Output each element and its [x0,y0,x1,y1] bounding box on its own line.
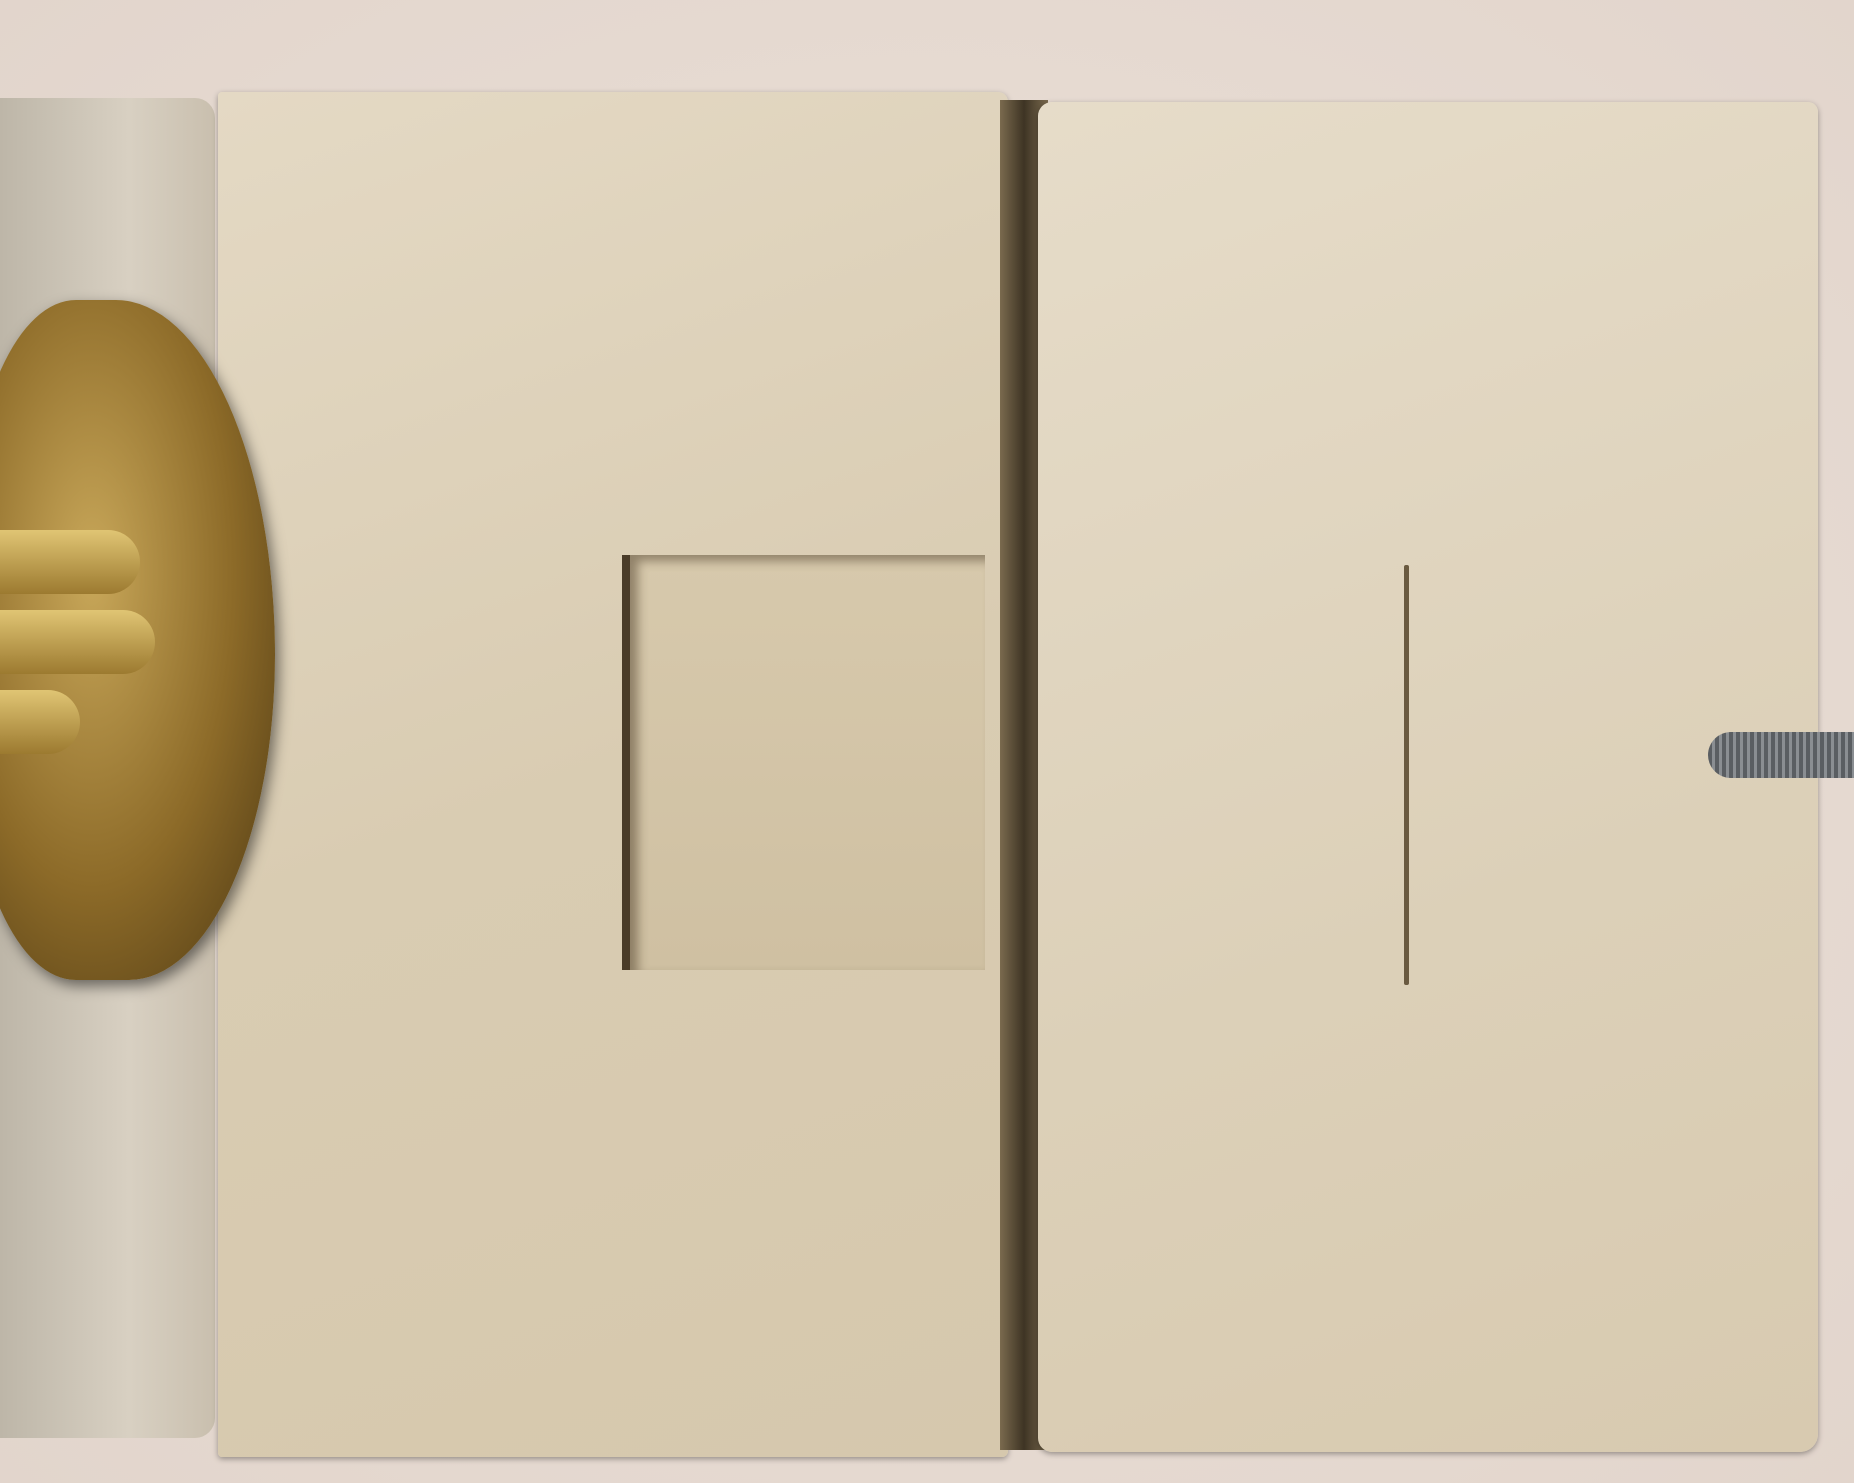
secret-compartment [622,555,985,970]
metal-pen-tip [1708,732,1854,778]
brass-finger [0,610,155,674]
brass-finger [0,690,80,754]
right-page [1038,102,1818,1452]
page-slit [1404,565,1409,985]
brass-finger [0,530,140,594]
